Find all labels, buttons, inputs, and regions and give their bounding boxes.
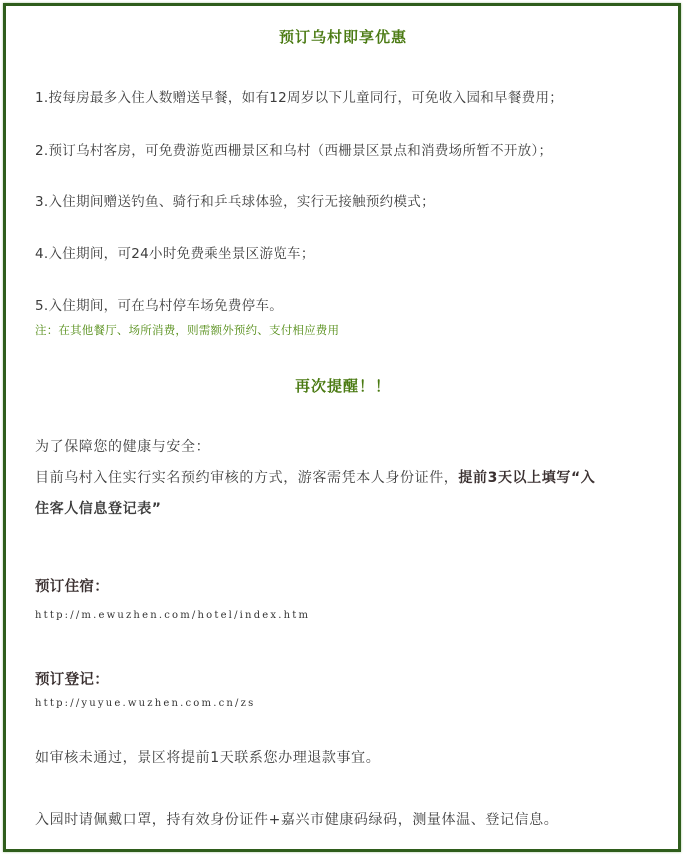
booking-stay-url[interactable]: http://m.ewuzhen.com/hotel/index.htm (35, 610, 310, 621)
benefit-item-5: 5.入住期间，可在乌村停车场免费停车。 (35, 294, 283, 314)
entry-notice: 入园时请佩戴口罩，持有效身份证件+嘉兴市健康码绿码，测量体温、登记信息。 (35, 809, 558, 829)
benefit-item-2: 2.预订乌村客房，可免费游览西栅景区和乌村（西栅景区景点和消费场所暂不开放）； (35, 139, 552, 159)
policy-line-1-normal: 目前乌村入住实行实名预约审核的方式，游客需凭本人身份证件， (35, 470, 458, 486)
refund-notice: 如审核未通过，景区将提前1天联系您办理退款事宜。 (35, 747, 380, 767)
policy-line-1: 目前乌村入住实行实名预约审核的方式，游客需凭本人身份证件，提前3天以上填写“入 (35, 467, 595, 487)
booking-stay-label: 预订住宿： (35, 575, 109, 596)
reminder-intro: 为了保障您的健康与安全： (35, 436, 210, 456)
benefit-item-4: 4.入住期间，可24小时免费乘坐景区游览车； (35, 242, 315, 262)
benefits-title: 预订乌村即享优惠 (0, 26, 686, 47)
policy-line-1-bold: 提前3天以上填写“入 (458, 470, 595, 486)
content-frame (3, 3, 681, 852)
reminder-title: 再次提醒！！ (0, 375, 686, 396)
benefit-item-3: 3.入住期间赠送钓鱼、骑行和乒乓球体验，实行无接触预约模式； (35, 190, 435, 210)
policy-line-2: 住客人信息登记表” (35, 498, 162, 518)
benefits-note: 注：在其他餐厅、场所消费，则需额外预约、支付相应费用 (35, 322, 339, 338)
registration-label: 预订登记： (35, 668, 109, 689)
registration-url[interactable]: http://yuyue.wuzhen.com.cn/zs (35, 698, 255, 709)
benefit-item-1: 1.按每房最多入住人数赠送早餐，如有12周岁以下儿童同行，可免收入园和早餐费用； (35, 86, 563, 106)
